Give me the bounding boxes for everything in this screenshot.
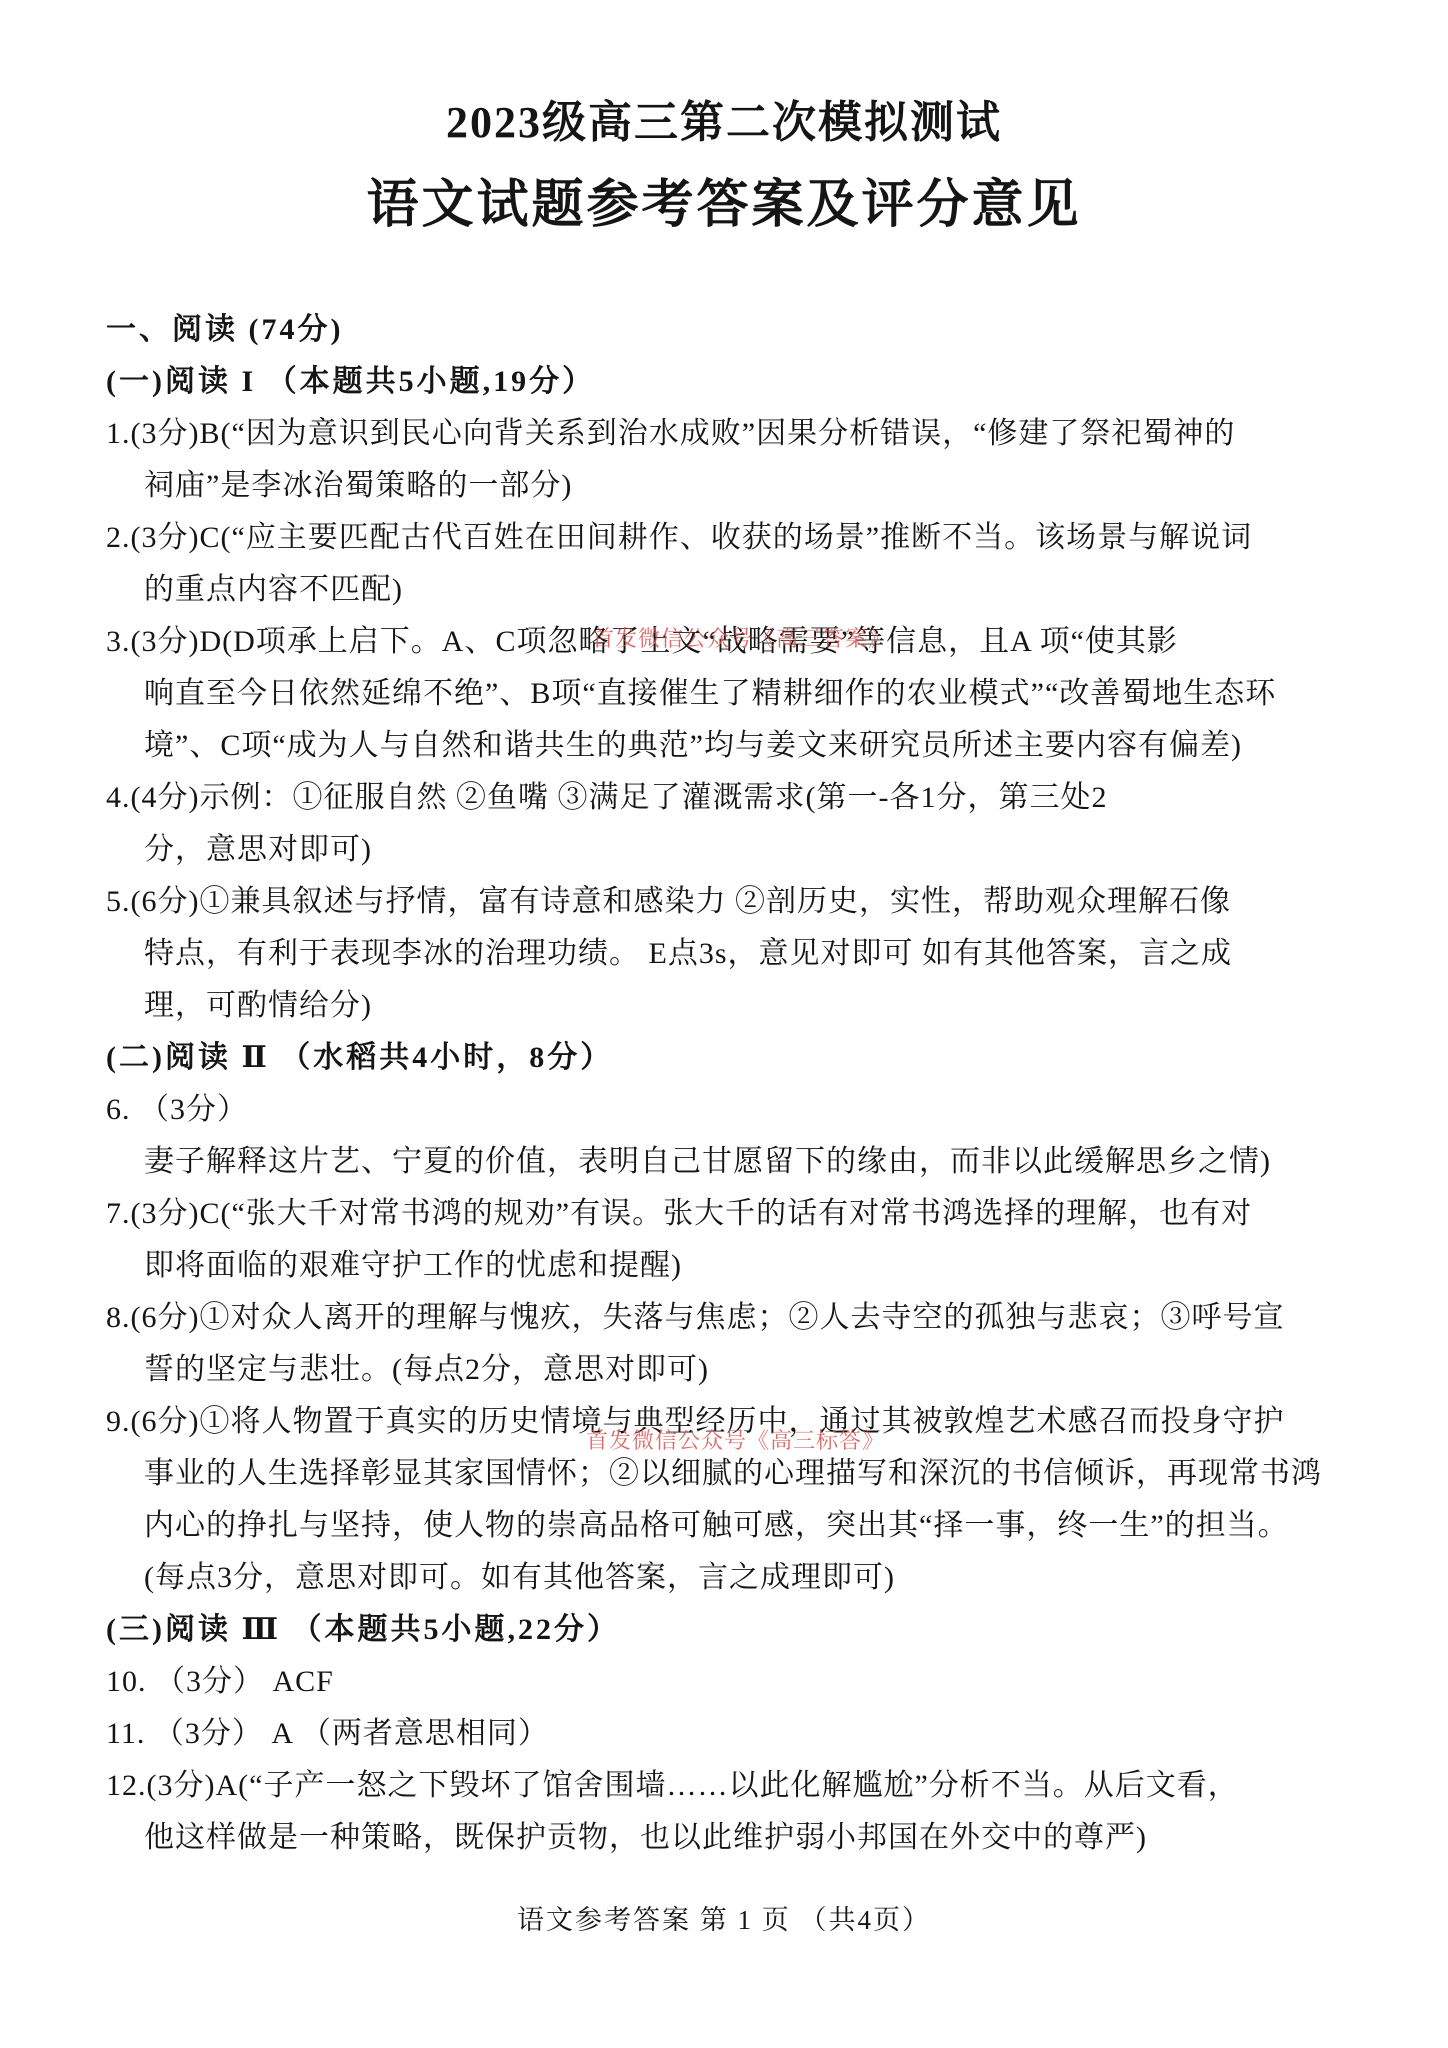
answer-q8-line-2: 誓的坚定与悲壮。(每点2分，意思对即可) (106, 1344, 1388, 1396)
answer-q4-line-1: 4.(4分)示例：①征服自然 ②鱼嘴 ③满足了灌溉需求(第一-各1分，第三处2 (106, 772, 1388, 824)
answer-q6-line-2: 妻子解释这片艺、宁夏的价值，表明自己甘愿留下的缘由，而非以此缓解思乡之情) (106, 1136, 1388, 1188)
answer-q3-line-2: 响直至今日依然延绵不绝”、B项“直接催生了精耕细作的农业模式”“改善蜀地生态环 (106, 668, 1388, 720)
answer-q9-line-2: 事业的人生选择彰显其家国情怀；②以细腻的心理描写和深沉的书信倾诉，再现常书鸿 (106, 1448, 1388, 1500)
answer-q5-line-2: 特点，有利于表现李冰的治理功绩。 E点3s，意见对即可 如有其他答案，言之成 (106, 928, 1388, 980)
answer-q11-line-1: 11. （3分） A （两者意思相同） (106, 1708, 1388, 1760)
answer-q9-line-3: 内心的挣扎与坚持，使人物的崇高品格可触可感，突出其“择一事，终一生”的担当。 (106, 1500, 1388, 1552)
answer-q9-line-1: 9.(6分)①将人物置于真实的历史情境与典型经历中，通过其被敦煌艺术感召而投身守… (106, 1396, 1388, 1448)
answer-q2-line-1: 2.(3分)C(“应主要匹配古代百姓在田间耕作、收获的场景”推断不当。该场景与解… (106, 512, 1388, 564)
answer-q5-line-1: 5.(6分)①兼具叙述与抒情，富有诗意和感染力 ②剖历史，实性，帮助观众理解石像 (106, 876, 1388, 928)
exam-title: 2023级高三第二次模拟测试 (0, 0, 1448, 150)
section-1-heading: 一、阅读 (74分) (106, 304, 1388, 356)
answer-q1-line-1: 1.(3分)B(“因为意识到民心向背关系到治水成败”因果分析错误，“修建了祭祀蜀… (106, 408, 1388, 460)
answer-q7-line-2: 即将面临的艰难守护工作的忧虑和提醒) (106, 1240, 1388, 1292)
part-3-heading: (三)阅读 Ⅲ （本题共5小题,22分） (106, 1604, 1388, 1656)
answer-q1-line-2: 祠庙”是李冰治蜀策略的一部分) (106, 460, 1388, 512)
answer-key-subtitle: 语文试题参考答案及评分意见 (0, 162, 1448, 237)
answer-q8-line-1: 8.(6分)①对众人离开的理解与愧疚，失落与焦虑；②人去寺空的孤独与悲哀；③呼号… (106, 1292, 1388, 1344)
answer-q10-line-1: 10. （3分） ACF (106, 1656, 1388, 1708)
answer-q6-line-1: 6. （3分） (106, 1084, 1388, 1136)
scanned-answer-key-page: 2023级高三第二次模拟测试 语文试题参考答案及评分意见 一、阅读 (74分) … (0, 0, 1448, 2048)
answer-q7-line-1: 7.(3分)C(“张大千对常书鸿的规劝”有误。张大千的话有对常书鸿选择的理解，也… (106, 1188, 1388, 1240)
part-2-heading: (二)阅读 Ⅱ （水稻共4小时，8分） (106, 1032, 1388, 1084)
answer-q2-line-2: 的重点内容不匹配) (106, 564, 1388, 616)
page-footer: 语文参考答案 第 1 页 （共4页） (0, 1898, 1448, 1937)
answer-q5-line-3: 理，可酌情给分) (106, 980, 1388, 1032)
answer-q9-line-4: (每点3分，意思对即可。如有其他答案，言之成理即可) (106, 1552, 1388, 1604)
answer-q12-line-2: 他这样做是一种策略，既保护贡物，也以此维护弱小邦国在外交中的尊严) (106, 1812, 1388, 1864)
part-1-heading: (一)阅读 I （本题共5小题,19分） (106, 356, 1388, 408)
answer-body: 一、阅读 (74分) (一)阅读 I （本题共5小题,19分） 1.(3分)B(… (106, 304, 1388, 1864)
answer-q3-line-1: 3.(3分)D(D项承上启下。A、C项忽略了上文“战略需要”等信息，且A 项“使… (106, 616, 1388, 668)
answer-q3-line-3: 境”、C项“成为人与自然和谐共生的典范”均与姜文来研究员所述主要内容有偏差) (106, 720, 1388, 772)
answer-q4-line-2: 分，意思对即可) (106, 824, 1388, 876)
answer-q12-line-1: 12.(3分)A(“子产一怒之下毁坏了馆舍围墙……以此化解尴尬”分析不当。从后文… (106, 1760, 1388, 1812)
